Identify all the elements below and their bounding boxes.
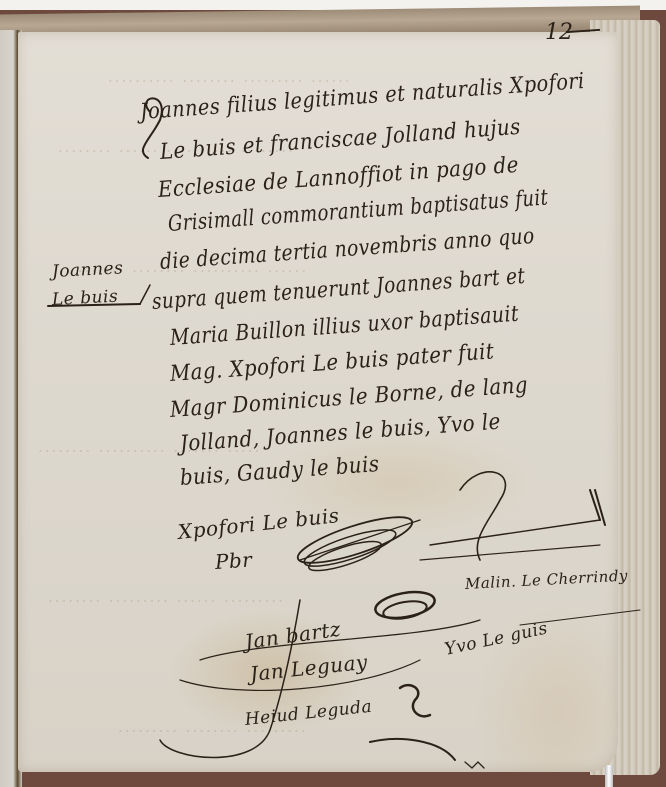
ink-flourishes: [0, 0, 666, 787]
